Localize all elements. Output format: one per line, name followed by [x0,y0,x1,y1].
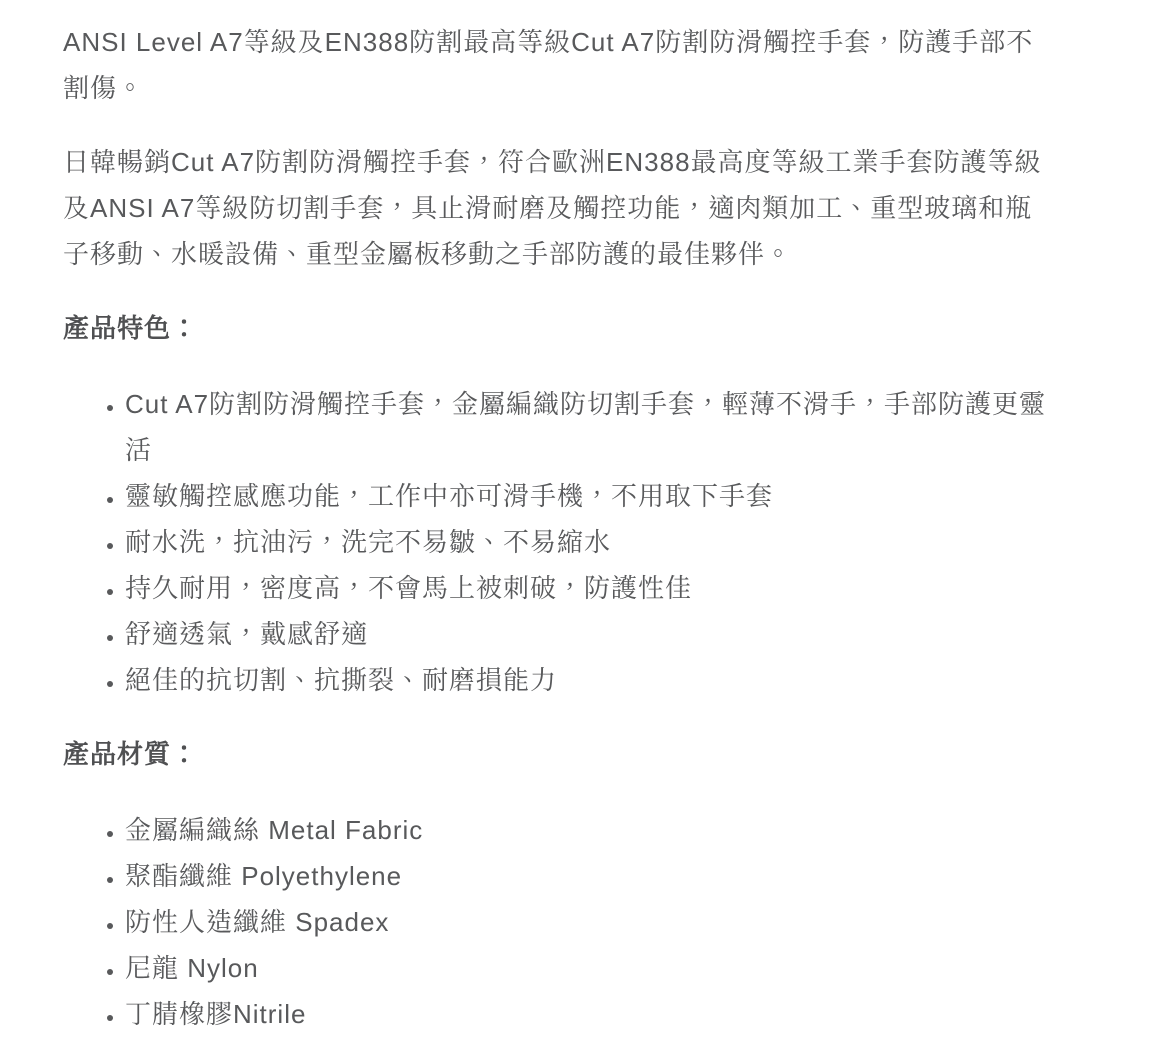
feature-item: 持久耐用，密度高，不會馬上被刺破，防護性佳 [125,565,1048,611]
feature-item: 舒適透氣，戴感舒適 [125,611,1048,657]
materials-heading: 產品材質： [63,731,1048,777]
material-item: 丁腈橡膠Nitrile [125,991,1048,1037]
feature-item: 絕佳的抗切割、抗撕裂、耐磨損能力 [125,657,1048,703]
detail-paragraph: 日韓暢銷Cut A7防割防滑觸控手套，符合歐洲EN388最高度等級工業手套防護等… [63,139,1048,277]
feature-item: 靈敏觸控感應功能，工作中亦可滑手機，不用取下手套 [125,473,1048,519]
intro-paragraph: ANSI Level A7等級及EN388防割最高等級Cut A7防割防滑觸控手… [63,19,1048,111]
feature-item: Cut A7防割防滑觸控手套，金屬編織防切割手套，輕薄不滑手，手部防護更靈活 [125,381,1048,473]
material-item: 金屬編織絲 Metal Fabric [125,807,1048,853]
features-list: Cut A7防割防滑觸控手套，金屬編織防切割手套，輕薄不滑手，手部防護更靈活 靈… [63,381,1048,703]
product-description: ANSI Level A7等級及EN388防割最高等級Cut A7防割防滑觸控手… [0,0,1160,1056]
features-heading: 產品特色： [63,305,1048,351]
material-item: 尼龍 Nylon [125,945,1048,991]
materials-list: 金屬編織絲 Metal Fabric 聚酯纖維 Polyethylene 防性人… [63,807,1048,1037]
material-item: 聚酯纖維 Polyethylene [125,853,1048,899]
material-item: 防性人造纖維 Spadex [125,899,1048,945]
feature-item: 耐水洗，抗油污，洗完不易皺、不易縮水 [125,519,1048,565]
